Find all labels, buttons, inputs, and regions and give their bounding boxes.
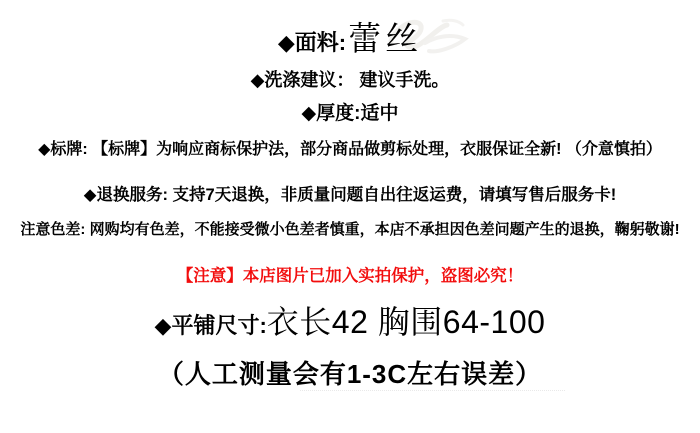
- return-policy-text: ◆退换服务: 支持7天退换，非质量问题自出往返运费，请填写售后服务卡!: [84, 186, 616, 204]
- flat-size-label: ◆平铺尺寸:: [155, 313, 267, 338]
- anti-theft-notice-text: 【注意】本店图片已加入实拍保护，盗图必究！: [177, 267, 524, 285]
- faint-artifact-line: [300, 390, 565, 391]
- washing-advice-text: ◆洗涤建议： 建议手洗。: [251, 70, 450, 90]
- brand-tag-policy-text: ◆标牌: 【标牌】为响应商标保护法，部分商品做剪标处理，衣服保证全新! （介意慎…: [38, 141, 662, 158]
- color-difference-line: 注意色差: 网购均有色差，不能接受微小色差者慎重，本店不承担因色差问题产生的退换…: [0, 221, 700, 238]
- return-policy-line: ◆退换服务: 支持7天退换，非质量问题自出往返运费，请填写售后服务卡!: [0, 186, 700, 205]
- brand-tag-policy-line: ◆标牌: 【标牌】为响应商标保护法，部分商品做剪标处理，衣服保证全新! （介意慎…: [0, 141, 700, 159]
- thickness-line: ◆厚度:适中: [0, 103, 700, 125]
- fabric-value: 蕾丝: [346, 20, 422, 57]
- thickness-text: ◆厚度:适中: [302, 103, 399, 124]
- fabric-line: ◆面料:蕾丝: [0, 20, 700, 58]
- fabric-label: ◆面料:: [278, 30, 346, 55]
- flat-size-value: 衣长42 胸围64-100: [267, 304, 546, 340]
- washing-advice-line: ◆洗涤建议： 建议手洗。: [0, 70, 700, 91]
- product-description-image: ◆面料:蕾丝 ◆洗涤建议： 建议手洗。 ◆厚度:适中 ◆标牌: 【标牌】为响应商…: [0, 0, 700, 433]
- measurement-tolerance-text: （人工测量会有1-3C左右误差）: [158, 359, 542, 389]
- measurement-tolerance-line: （人工测量会有1-3C左右误差）: [0, 360, 700, 390]
- color-difference-text: 注意色差: 网购均有色差，不能接受微小色差者慎重，本店不承担因色差问题产生的退换…: [20, 221, 679, 238]
- flat-size-line: ◆平铺尺寸:衣长42 胸围64-100: [0, 304, 700, 341]
- anti-theft-notice-line: 【注意】本店图片已加入实拍保护，盗图必究！: [0, 267, 700, 286]
